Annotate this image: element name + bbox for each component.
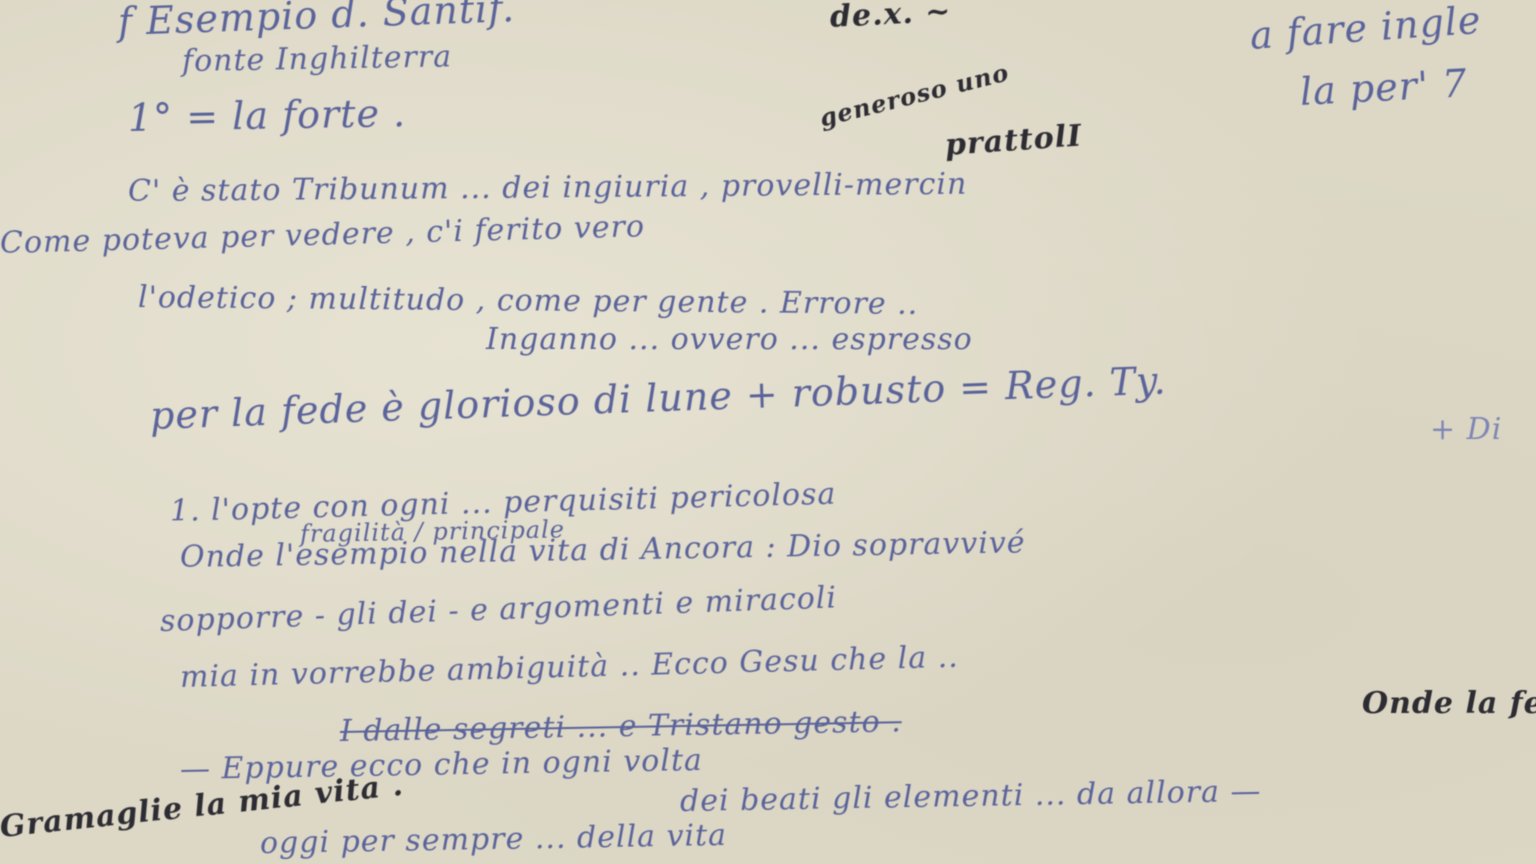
handwritten-line: Inganno ... ovvero ... espresso: [486, 322, 973, 357]
margin-note-black: Onde la fe: [1362, 686, 1536, 721]
handwritten-line: fonte Inghilterra: [182, 39, 453, 79]
handwritten-line: sopporre - gli dei - e argomenti e mirac…: [159, 580, 837, 639]
insertion-note: prattolI: [944, 118, 1083, 162]
handwritten-line: oggi per sempre ... della vita: [260, 818, 728, 861]
handwritten-line-black: de.x. ~: [829, 0, 952, 35]
handwritten-line: per la fede è glorioso di lune + robusto…: [149, 359, 1167, 438]
margin-note: la per' 7: [1299, 61, 1469, 114]
handwritten-line: C' è stato Tribunum ... dei ingiuria , p…: [128, 167, 968, 209]
handwritten-line: Come poteva per vedere , c'i ferito vero: [0, 209, 645, 261]
handwritten-line: f Esempio d. Santif.: [117, 0, 515, 44]
handwritten-line: + Di: [1430, 412, 1502, 447]
handwritten-line: — Eppure ecco che in ogni volta: [180, 743, 703, 787]
handwritten-line: mia in vorrebbe ambiguità .. Ecco Gesu c…: [180, 640, 960, 695]
margin-note: a fare ingle: [1248, 0, 1482, 58]
crossed-out-line: I dalle segreti ... e Tristano gesto .: [340, 704, 902, 749]
handwritten-line: dei beati gli elementi ... da allora —: [680, 774, 1262, 819]
manuscript-paper: f Esempio d. Santif. de.x. ~ fonte Inghi…: [0, 0, 1536, 864]
handwritten-line: l'odetico ; multitudo , come per gente .…: [138, 280, 919, 322]
handwritten-line: 1° = la forte .: [128, 91, 407, 140]
insertion-note: generoso uno: [816, 57, 1011, 132]
